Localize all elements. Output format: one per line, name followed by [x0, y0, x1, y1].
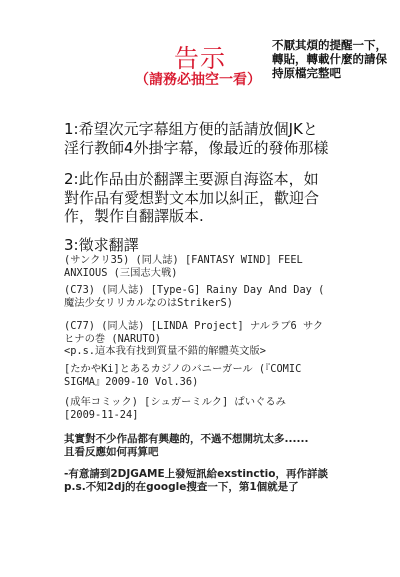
entry-line: SIGMA』2009-10 Vol.36) — [64, 376, 400, 389]
entry-line: (サンクリ35) (同人誌) [FANTASY WIND] FEEL — [64, 254, 400, 267]
entry-line: 魔法少女リリカルなのはStrikerS) — [64, 297, 400, 310]
section-line: 1:希望次元字幕組方便的話請放個JKと — [64, 120, 400, 139]
request-entry: (C73) (同人誌) [Type-G] Rainy Day And Day (… — [64, 284, 400, 309]
section-line: 淫行教師4外掛字幕，像最近的發佈那樣 — [64, 139, 400, 158]
request-entry: (C77) (同人誌) [LINDA Project] ナルラブ6 サク ヒナの… — [64, 320, 400, 358]
entry-line: [たかやKi]とあるカジノのバニーガール (『COMIC — [64, 363, 400, 376]
section-3-heading: 3:徵求翻譯 — [64, 236, 400, 255]
section-2: 2:此作品由於翻譯主要源自海盜本，如 對作品有愛想對文本加以糾正，歡迎合 作，製… — [64, 170, 400, 226]
notice-subtitle: （請務必抽空一看） — [128, 71, 268, 89]
contact-line: -有意請到2DJGAME上發短訊給exstinctio，再作詳談 — [64, 468, 400, 481]
entry-line: ヒナの巻 (NARUTO) — [64, 333, 400, 346]
request-entry: (成年コミック) [シュガーミルク] ぱいぐるみ [2009-11-24] — [64, 396, 400, 421]
section-1: 1:希望次元字幕組方便的話請放個JKと 淫行教師4外掛字幕，像最近的發佈那樣 — [64, 120, 400, 157]
request-entry: [たかやKi]とあるカジノのバニーガール (『COMIC SIGMA』2009-… — [64, 363, 400, 388]
note-line: 不厭其煩的提醒一下， — [272, 38, 400, 52]
entry-line: ANXIOUS (三国志大戦) — [64, 267, 400, 280]
repost-reminder: 不厭其煩的提醒一下， 轉貼，轉載什麼的請保 持原檔完整吧 — [272, 38, 400, 80]
section-line: 對作品有愛想對文本加以糾正，歡迎合 — [64, 189, 400, 208]
section-line: 作，製作自翻譯版本. — [64, 207, 400, 226]
entry-line: [2009-11-24] — [64, 409, 400, 422]
footer-comment: 其實對不少作品都有興趣的，不過不想開坑太多...... 且看反應如何再算吧 — [64, 433, 400, 459]
section-line: 2:此作品由於翻譯主要源自海盜本，如 — [64, 170, 400, 189]
note-line: 持原檔完整吧 — [272, 66, 400, 80]
entry-note: <p.s.這本我有找到質量不錯的解體英文版> — [64, 345, 400, 358]
note-line: 轉貼，轉載什麼的請保 — [272, 52, 400, 66]
footer-contact: -有意請到2DJGAME上發短訊給exstinctio，再作詳談 p.s.不知2… — [64, 468, 400, 494]
request-entry: (サンクリ35) (同人誌) [FANTASY WIND] FEEL ANXIO… — [64, 254, 400, 279]
entry-line: (C77) (同人誌) [LINDA Project] ナルラブ6 サク — [64, 320, 400, 333]
entry-line: (成年コミック) [シュガーミルク] ぱいぐるみ — [64, 396, 400, 409]
comment-line: 且看反應如何再算吧 — [64, 446, 400, 459]
notice-title: 告示 — [170, 44, 230, 74]
contact-line: p.s.不知2dj的在google搜查一下，第1個就是了 — [64, 481, 400, 494]
entry-line: (C73) (同人誌) [Type-G] Rainy Day And Day ( — [64, 284, 400, 297]
comment-line: 其實對不少作品都有興趣的，不過不想開坑太多...... — [64, 433, 400, 446]
